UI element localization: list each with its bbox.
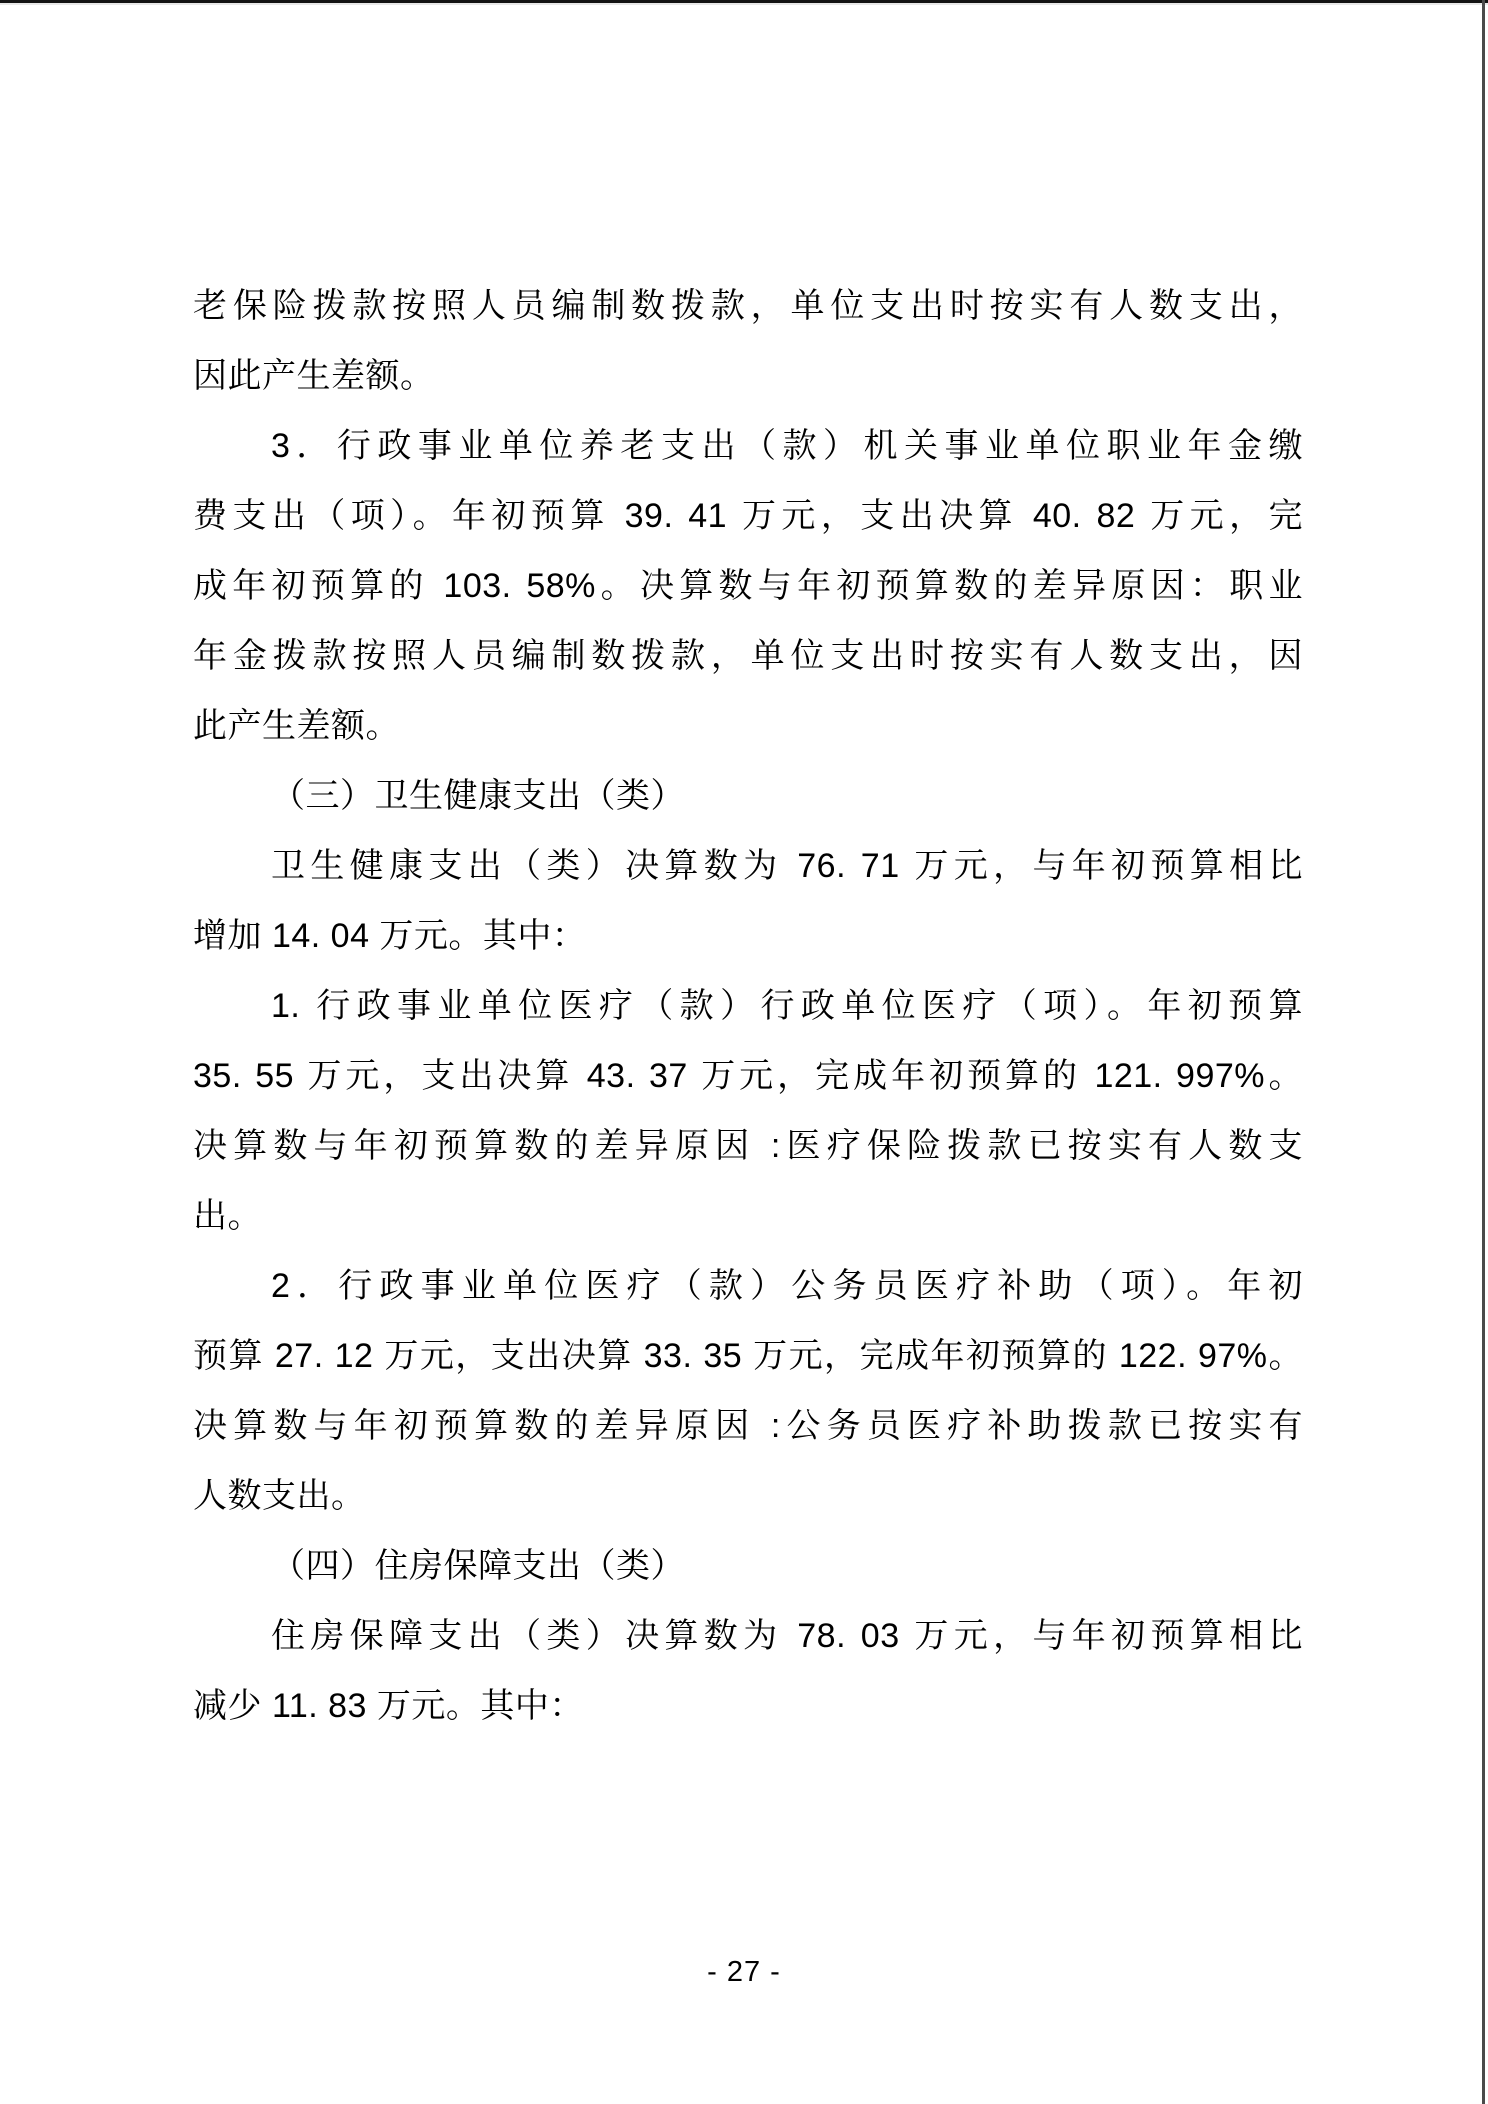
text-line: 因此产生差额。 <box>193 341 1303 411</box>
text-line: 预算 27. 12 万元，支出决算 33. 35 万元，完成年初预算的 122.… <box>193 1321 1303 1391</box>
text-line: （三）卫生健康支出（类） <box>193 761 1303 831</box>
text-line: 出。 <box>193 1181 1303 1251</box>
page-number: - 27 - <box>0 1952 1488 1992</box>
text-line: 35. 55 万元，支出决算 43. 37 万元，完成年初预算的 121. 99… <box>193 1041 1303 1111</box>
text-line: 2．行政事业单位医疗（款）公务员医疗补助（项）。年初 <box>193 1251 1303 1321</box>
text-line: 决算数与年初预算数的差异原因 :医疗保险拨款已按实有人数支 <box>193 1111 1303 1181</box>
text-line: 3．行政事业单位养老支出（款）机关事业单位职业年金缴 <box>193 411 1303 481</box>
text-line: 成年初预算的 103. 58%。决算数与年初预算数的差异原因：职业 <box>193 551 1303 621</box>
text-line: 减少 11. 83 万元。其中： <box>193 1671 1303 1741</box>
text-line: 老保险拨款按照人员编制数拨款，单位支出时按实有人数支出， <box>193 271 1303 341</box>
text-line: （四）住房保障支出（类） <box>193 1531 1303 1601</box>
document-page: 老保险拨款按照人员编制数拨款，单位支出时按实有人数支出，因此产生差额。3．行政事… <box>0 0 1488 2104</box>
text-line: 人数支出。 <box>193 1461 1303 1531</box>
text-line: 卫生健康支出（类）决算数为 76. 71 万元，与年初预算相比 <box>193 831 1303 901</box>
document-body: 老保险拨款按照人员编制数拨款，单位支出时按实有人数支出，因此产生差额。3．行政事… <box>193 271 1303 1741</box>
text-line: 年金拨款按照人员编制数拨款，单位支出时按实有人数支出，因 <box>193 621 1303 691</box>
text-line: 住房保障支出（类）决算数为 78. 03 万元，与年初预算相比 <box>193 1601 1303 1671</box>
text-line: 增加 14. 04 万元。其中： <box>193 901 1303 971</box>
text-line: 1. 行政事业单位医疗（款）行政单位医疗（项）。年初预算 <box>193 971 1303 1041</box>
text-line: 费支出（项）。年初预算 39. 41 万元，支出决算 40. 82 万元，完 <box>193 481 1303 551</box>
text-line: 此产生差额。 <box>193 691 1303 761</box>
page-top-edge-shadow <box>0 3 1488 5</box>
page-right-scan-line <box>1482 0 1485 2104</box>
text-line: 决算数与年初预算数的差异原因 :公务员医疗补助拨款已按实有 <box>193 1391 1303 1461</box>
